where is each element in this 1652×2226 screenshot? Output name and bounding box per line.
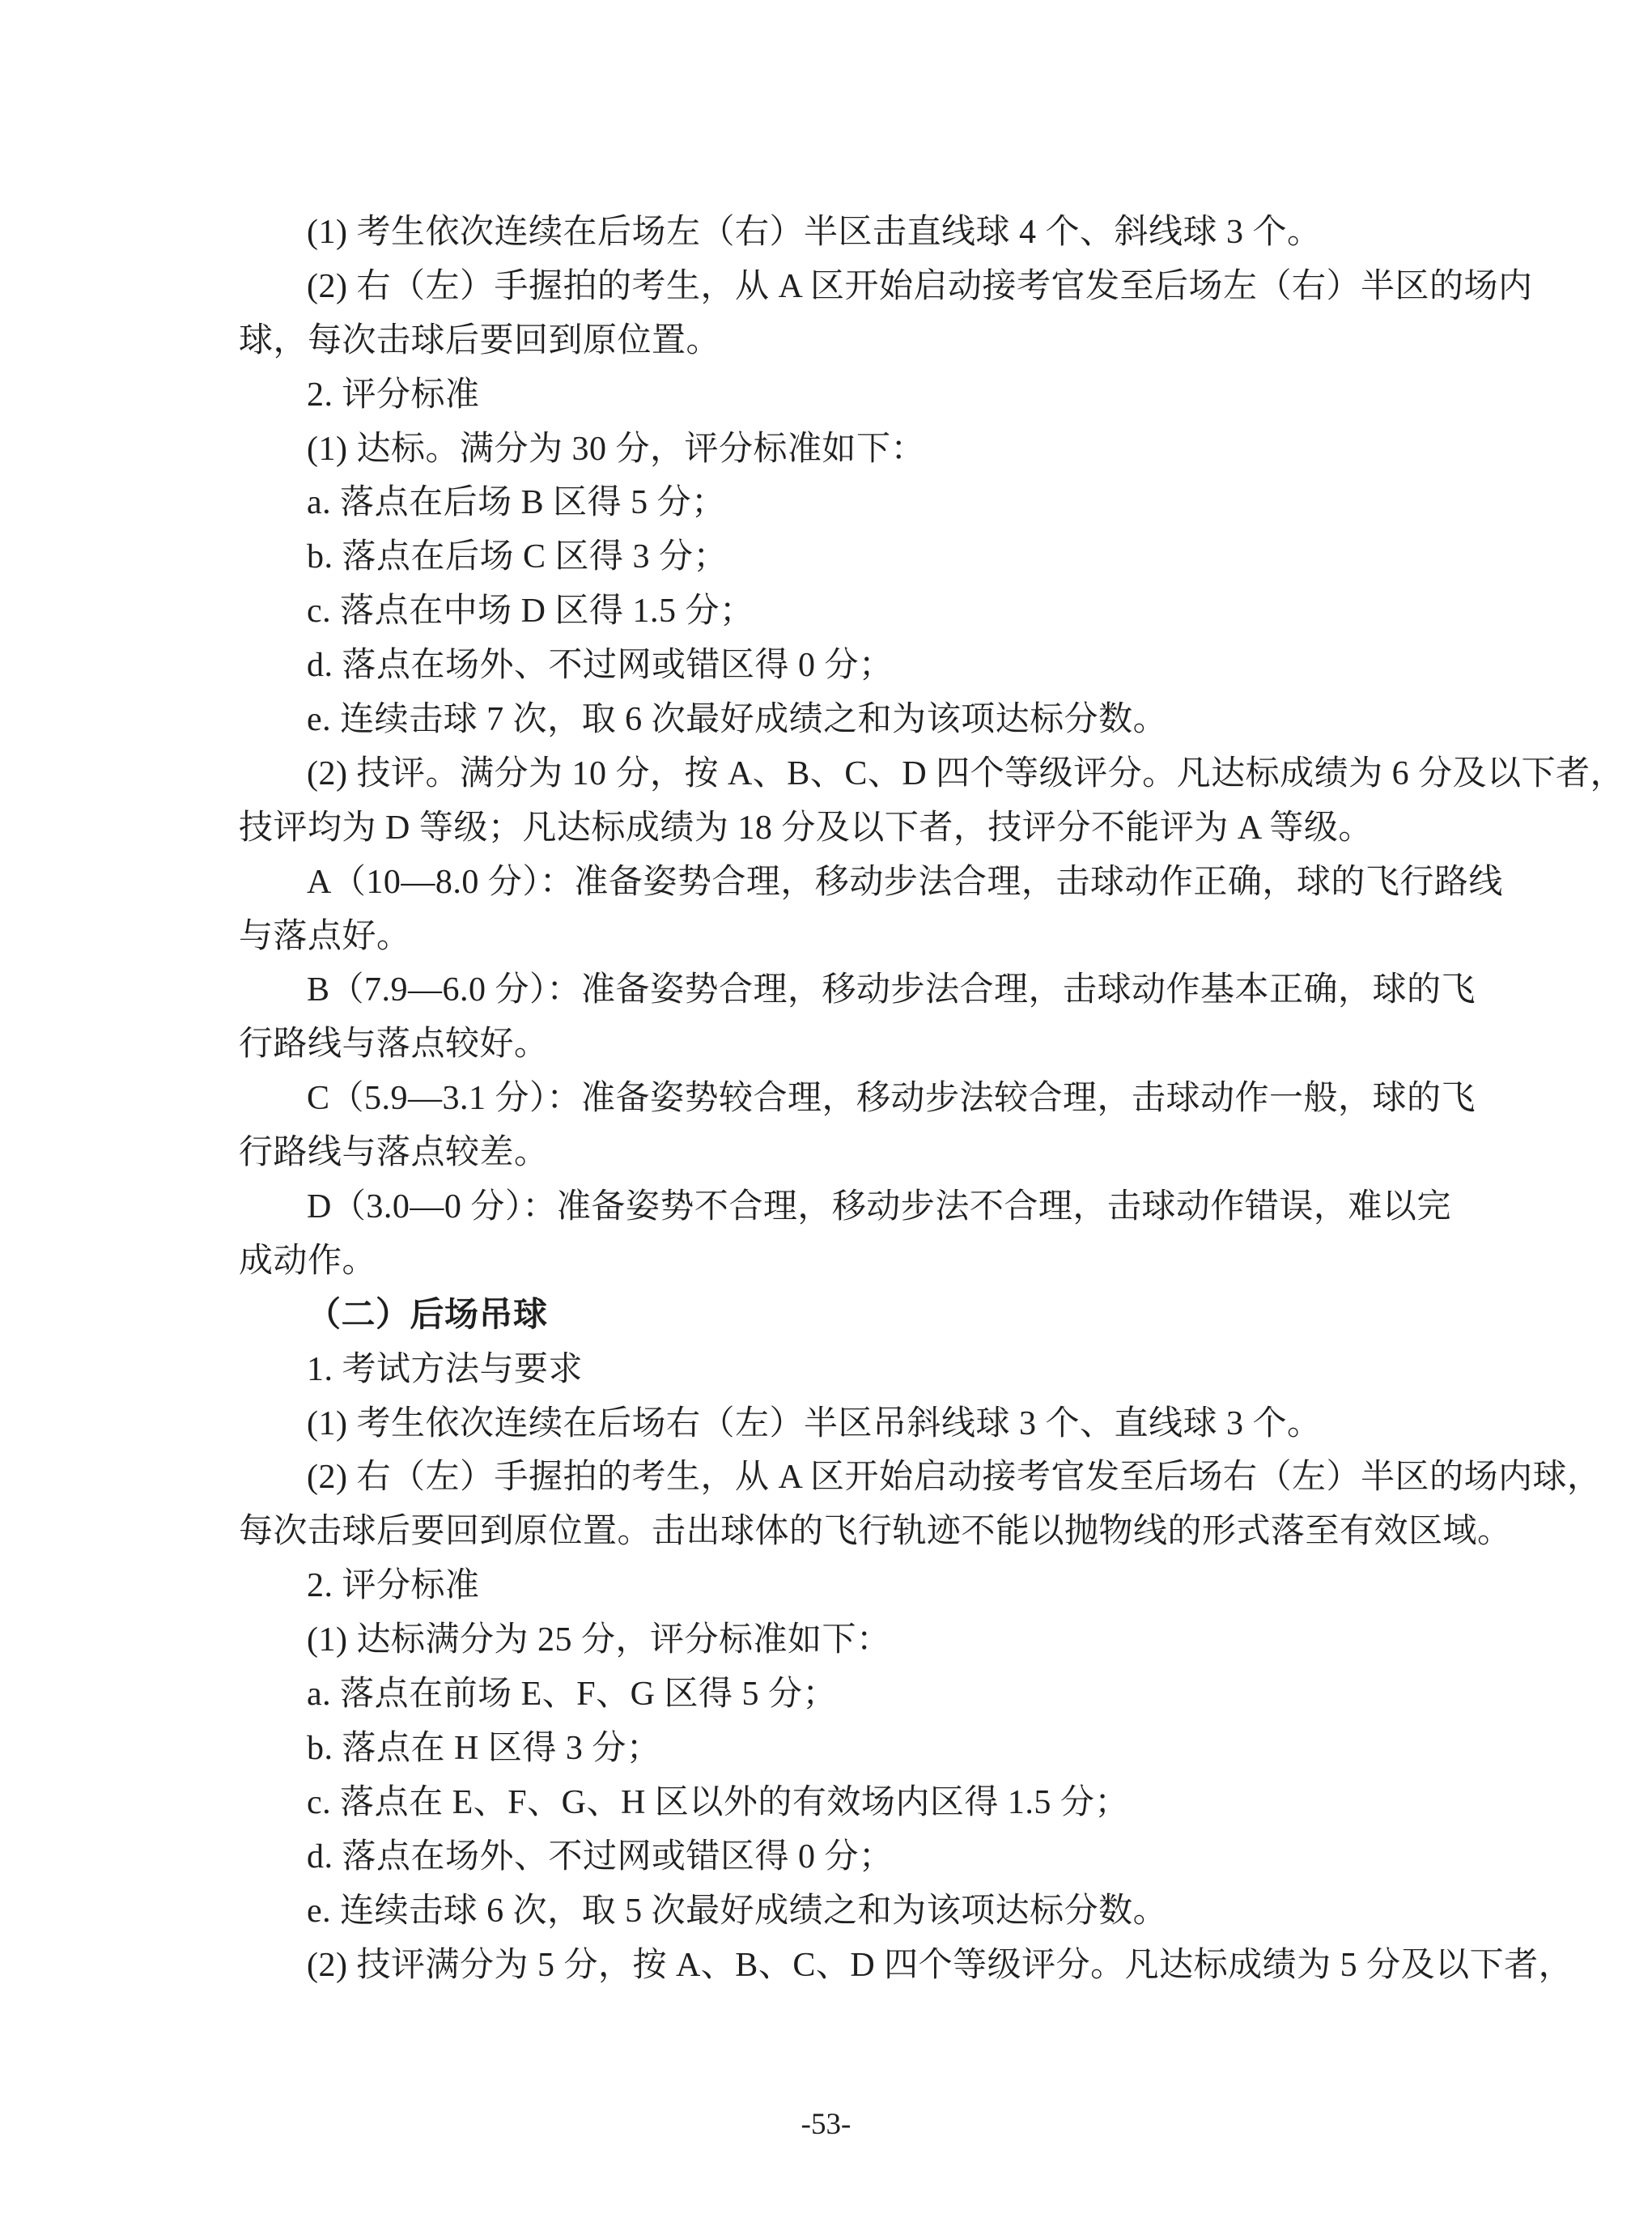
text-line: A（10—8.0 分）：准备姿势合理，移动步法合理，击球动作正确，球的飞行路线 xyxy=(239,856,1442,910)
text-line: 2. 评分标准 xyxy=(239,1559,1442,1613)
text-line: 行路线与落点较差。 xyxy=(239,1126,1442,1180)
text-line: 每次击球后要回到原位置。击出球体的飞行轨迹不能以抛物线的形式落至有效区域。 xyxy=(239,1505,1442,1559)
text-line: 技评均为 D 等级；凡达标成绩为 18 分及以下者，技评分不能评为 A 等级。 xyxy=(239,801,1442,856)
text-line: a. 落点在前场 E、F、G 区得 5 分； xyxy=(239,1667,1442,1722)
text-line: 1. 考试方法与要求 xyxy=(239,1343,1442,1397)
text-line: a. 落点在后场 B 区得 5 分； xyxy=(239,476,1442,530)
text-line: 成动作。 xyxy=(239,1234,1442,1289)
text-line: D（3.0—0 分）：准备姿势不合理，移动步法不合理，击球动作错误，难以完 xyxy=(239,1180,1442,1234)
text-line: c. 落点在 E、F、G、H 区以外的有效场内区得 1.5 分； xyxy=(239,1776,1442,1830)
text-line: (1) 考生依次连续在后场左（右）半区击直线球 4 个、斜线球 3 个。 xyxy=(239,206,1442,260)
text-line: d. 落点在场外、不过网或错区得 0 分； xyxy=(239,639,1442,693)
text-line: (1) 考生依次连续在后场右（左）半区吊斜线球 3 个、直线球 3 个。 xyxy=(239,1397,1442,1451)
text-line: b. 落点在 H 区得 3 分； xyxy=(239,1722,1442,1776)
document-page: (1) 考生依次连续在后场左（右）半区击直线球 4 个、斜线球 3 个。(2) … xyxy=(0,0,1652,2226)
text-line: B（7.9—6.0 分）：准备姿势合理，移动步法合理，击球动作基本正确，球的飞 xyxy=(239,963,1442,1017)
page-number: -53- xyxy=(0,2106,1652,2143)
text-line: e. 连续击球 7 次，取 6 次最好成绩之和为该项达标分数。 xyxy=(239,693,1442,747)
text-line: (2) 技评满分为 5 分，按 A、B、C、D 四个等级评分。凡达标成绩为 5 … xyxy=(239,1939,1442,1993)
text-line: (2) 右（左）手握拍的考生，从 A 区开始启动接考官发至后场右（左）半区的场内… xyxy=(239,1451,1442,1505)
text-line: C（5.9—3.1 分）：准备姿势较合理，移动步法较合理，击球动作一般，球的飞 xyxy=(239,1072,1442,1126)
text-line: (1) 达标。满分为 30 分，评分标准如下： xyxy=(239,423,1442,477)
text-line: 球，每次击球后要回到原位置。 xyxy=(239,314,1442,368)
text-line: (1) 达标满分为 25 分，评分标准如下： xyxy=(239,1613,1442,1667)
text-line: 2. 评分标准 xyxy=(239,368,1442,423)
text-line: (2) 右（左）手握拍的考生，从 A 区开始启动接考官发至后场左（右）半区的场内 xyxy=(239,260,1442,314)
document-body: (1) 考生依次连续在后场左（右）半区击直线球 4 个、斜线球 3 个。(2) … xyxy=(239,206,1442,1992)
text-line: b. 落点在后场 C 区得 3 分； xyxy=(239,530,1442,584)
text-line: e. 连续击球 6 次，取 5 次最好成绩之和为该项达标分数。 xyxy=(239,1884,1442,1939)
text-line: 与落点好。 xyxy=(239,910,1442,964)
text-line: d. 落点在场外、不过网或错区得 0 分； xyxy=(239,1830,1442,1884)
section-heading: （二）后场吊球 xyxy=(239,1289,1442,1343)
text-line: 行路线与落点较好。 xyxy=(239,1017,1442,1072)
text-line: c. 落点在中场 D 区得 1.5 分； xyxy=(239,584,1442,639)
text-line: (2) 技评。满分为 10 分，按 A、B、C、D 四个等级评分。凡达标成绩为 … xyxy=(239,747,1442,801)
